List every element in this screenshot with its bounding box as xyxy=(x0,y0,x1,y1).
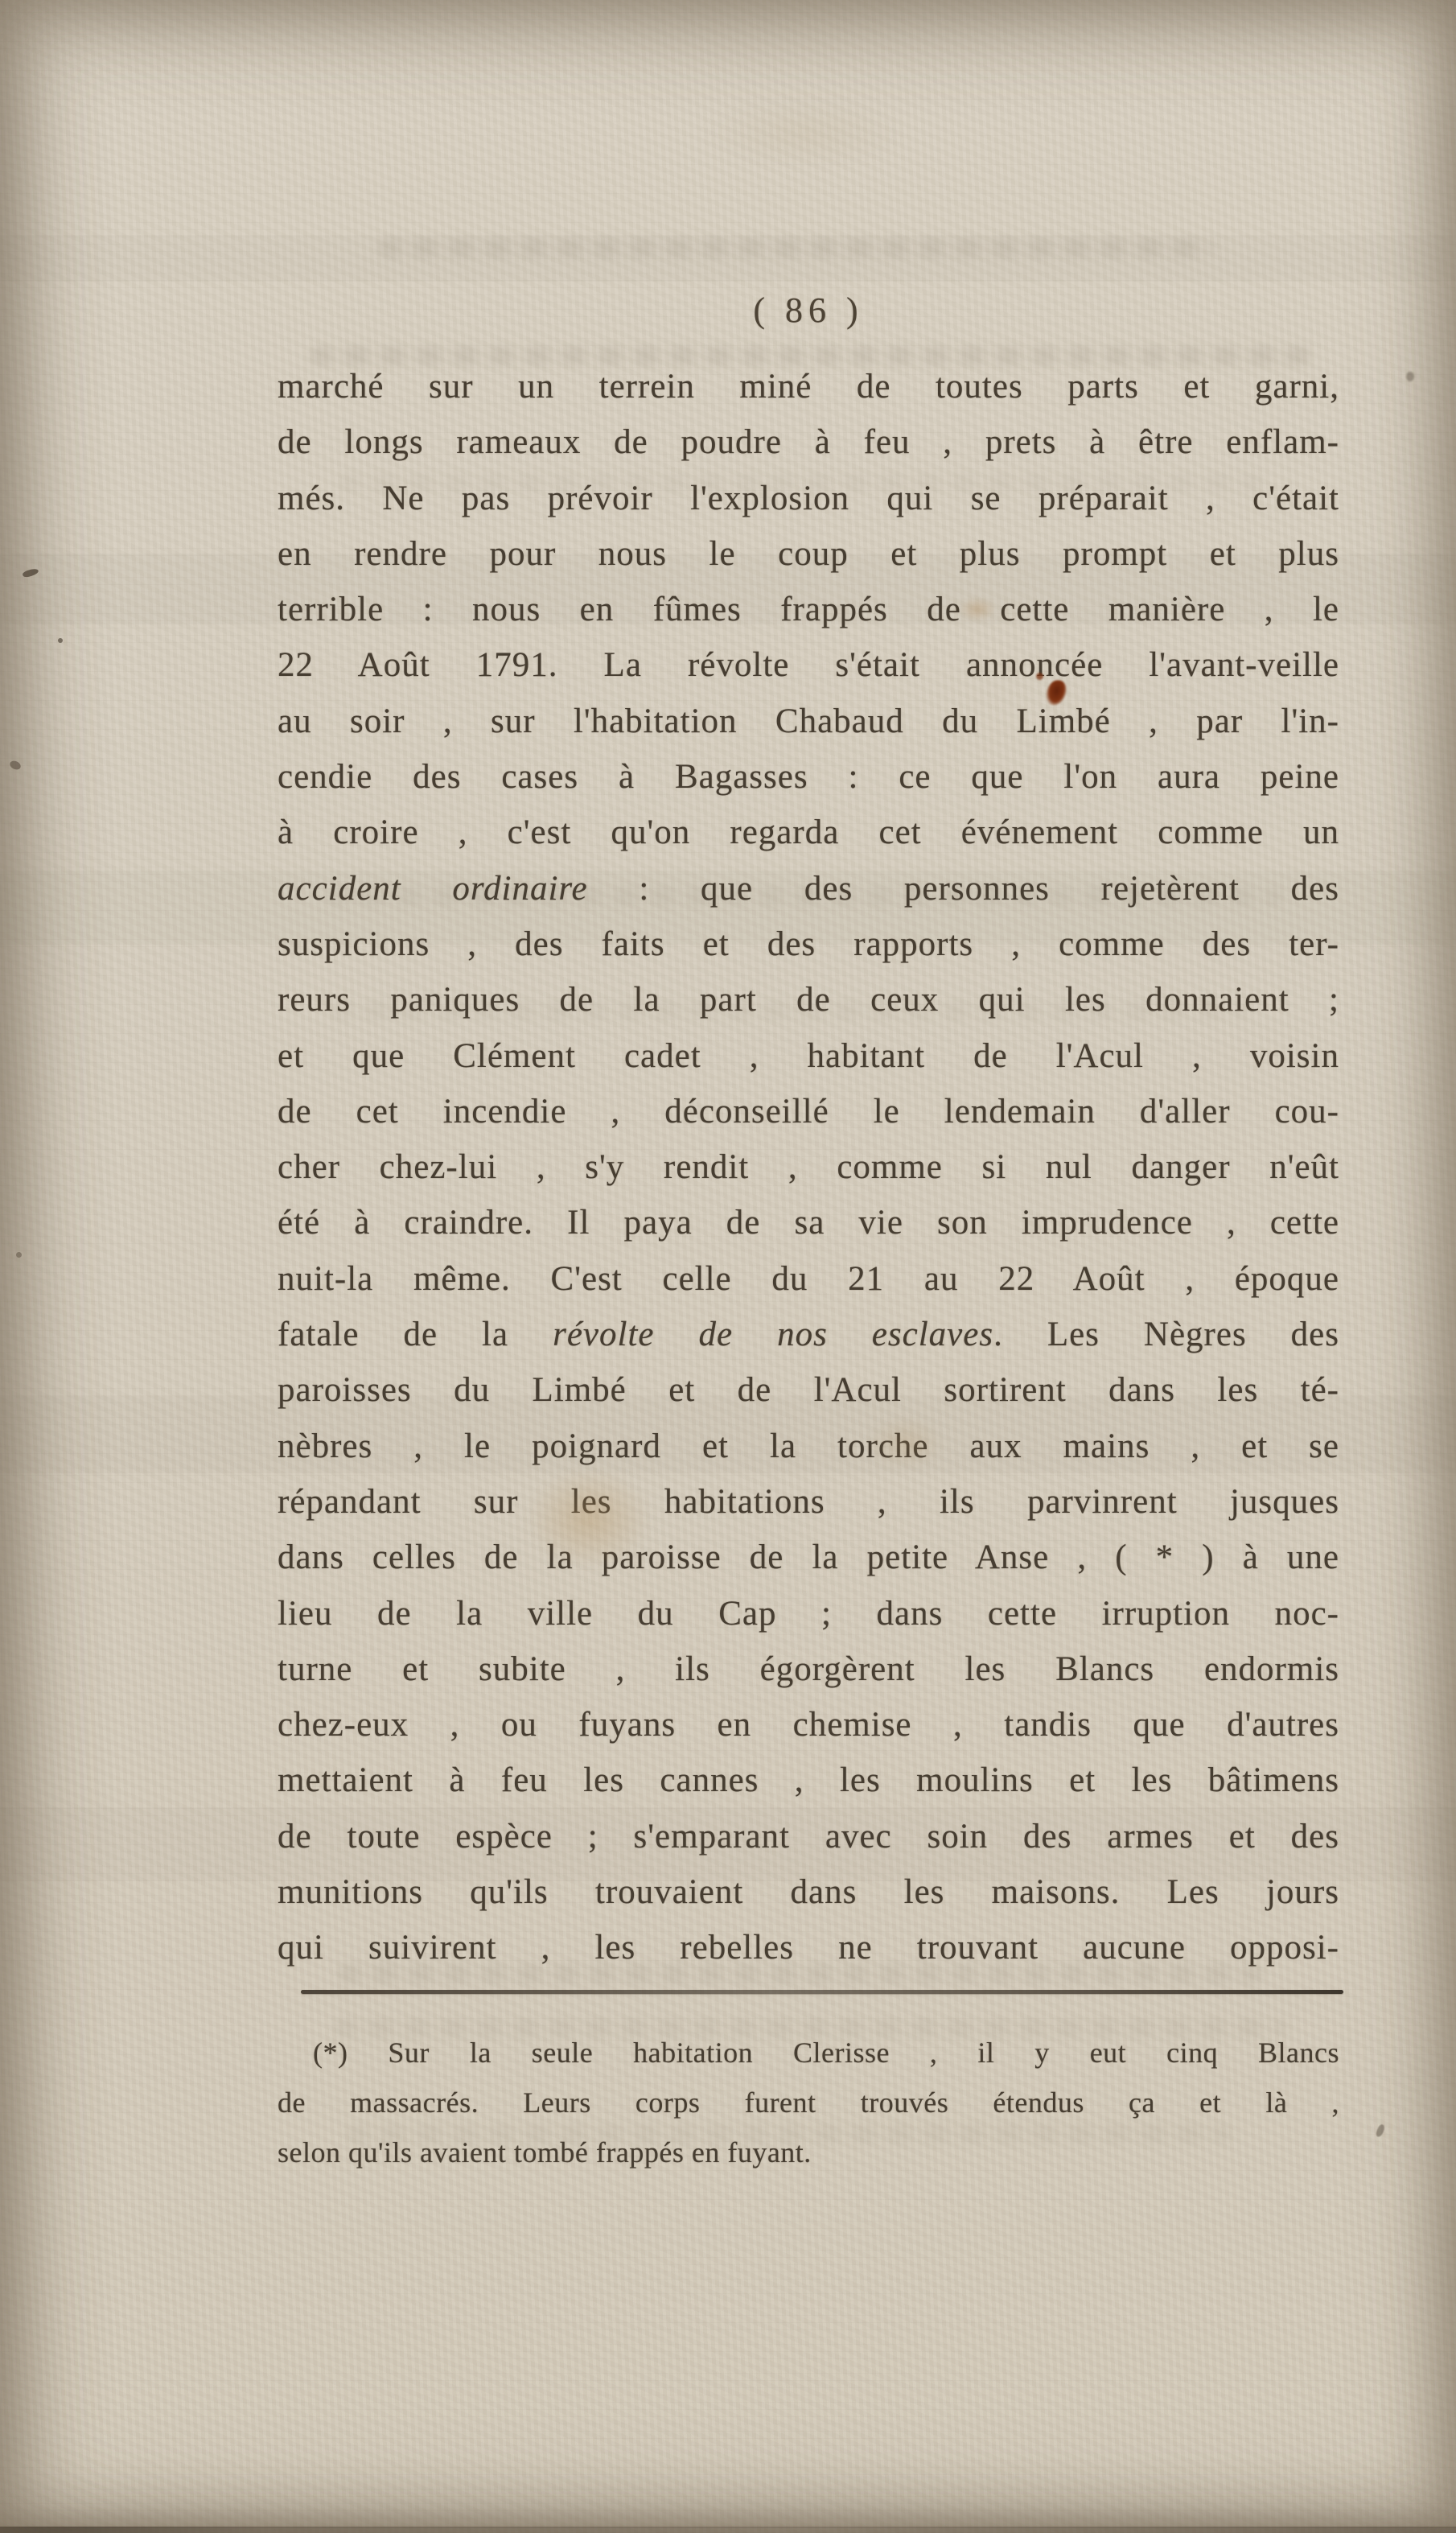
text-line: à croire , c'est qu'on regarda cet événe… xyxy=(278,805,1339,860)
text-line: et que Clément cadet , habitant de l'Acu… xyxy=(278,1028,1339,1084)
ink-speck xyxy=(9,760,23,772)
text-line: de cet incendie , déconseillé le lendema… xyxy=(278,1084,1339,1139)
text-line: été à craindre. Il paya de sa vie son im… xyxy=(278,1195,1339,1250)
text-segment: paroisses du Limbé et de l'Acul sortiren… xyxy=(278,1371,1339,1409)
text-line: mettaient à feu les cannes , les moulins… xyxy=(278,1753,1339,1808)
text-segment: cher chez-lui , s'y rendit , comme si nu… xyxy=(278,1148,1339,1186)
text-segment: et que Clément cadet , habitant de l'Acu… xyxy=(278,1037,1339,1075)
text-line: qui suivirent , les rebelles ne trouvant… xyxy=(278,1920,1339,1975)
ink-speck xyxy=(1376,2123,1386,2138)
show-through-smudge xyxy=(378,238,1215,257)
text-segment: en rendre pour nous le coup et plus prom… xyxy=(278,535,1339,573)
text-segment: lieu de la ville du Cap ; dans cette irr… xyxy=(278,1595,1339,1633)
text-segment: . Les Nègres des xyxy=(993,1316,1339,1353)
text-line: terrible : nous en fûmes frappés de cett… xyxy=(278,582,1339,637)
italic-text-segment: révolte de nos esclaves xyxy=(553,1316,993,1353)
text-segment: au soir , sur l'habitation Chabaud du Li… xyxy=(278,702,1339,740)
text-line: de longs rameaux de poudre à feu , prets… xyxy=(278,414,1339,470)
text-segment: nèbres , le poignard et la torche aux ma… xyxy=(278,1427,1339,1465)
page-number: ( 86 ) xyxy=(278,290,1339,331)
footnote: (*) Sur la seule habitation Clerisse , i… xyxy=(278,2028,1339,2177)
page-bottom-shadow xyxy=(0,2506,1456,2528)
text-line: paroisses du Limbé et de l'Acul sortiren… xyxy=(278,1362,1339,1418)
paper-stain xyxy=(700,97,909,169)
book-page-scan: ( 86 ) marché sur un terrein miné de tou… xyxy=(0,0,1456,2533)
text-line: (*) Sur la seule habitation Clerisse , i… xyxy=(278,2028,1339,2078)
text-line: de massacrés. Leurs corps furent trouvés… xyxy=(278,2078,1339,2127)
text-line: nèbres , le poignard et la torche aux ma… xyxy=(278,1419,1339,1474)
text-segment: mettaient à feu les cannes , les moulins… xyxy=(278,1761,1339,1799)
text-segment: dans celles de la paroisse de la petite … xyxy=(278,1538,1339,1576)
text-line: chez-eux , ou fuyans en chemise , tandis… xyxy=(278,1697,1339,1753)
text-line: selon qu'ils avaient tombé frappés en fu… xyxy=(278,2127,1339,2177)
text-line: més. Ne pas prévoir l'explosion qui se p… xyxy=(278,471,1339,526)
text-segment: fatale de la xyxy=(278,1316,553,1353)
text-segment: été à craindre. Il paya de sa vie son im… xyxy=(278,1204,1339,1242)
ink-speck xyxy=(16,1252,22,1258)
text-line: de toute espèce ; s'emparant avec soin d… xyxy=(278,1809,1339,1864)
text-segment: de toute espèce ; s'emparant avec soin d… xyxy=(278,1818,1339,1855)
body-text: marché sur un terrein miné de toutes par… xyxy=(278,359,1339,1976)
text-line: cendie des cases à Bagasses : ce que l'o… xyxy=(278,749,1339,805)
ink-speck xyxy=(58,638,63,643)
text-segment: terrible : nous en fûmes frappés de cett… xyxy=(278,591,1339,628)
text-segment: més. Ne pas prévoir l'explosion qui se p… xyxy=(278,480,1339,517)
text-line: reurs paniques de la part de ceux qui le… xyxy=(278,972,1339,1028)
text-segment: marché sur un terrein miné de toutes par… xyxy=(278,368,1339,406)
text-segment: 22 Août 1791. La révolte s'était annoncé… xyxy=(278,646,1339,684)
text-segment: de longs rameaux de poudre à feu , prets… xyxy=(278,423,1339,461)
text-segment: qui suivirent , les rebelles ne trouvant… xyxy=(278,1929,1339,1967)
text-segment: à croire , c'est qu'on regarda cet événe… xyxy=(278,813,1339,851)
text-segment: munitions qu'ils trouvaient dans les mai… xyxy=(278,1873,1339,1911)
text-segment: répandant sur les habitations , ils parv… xyxy=(278,1483,1339,1521)
text-segment: chez-eux , ou fuyans en chemise , tandis… xyxy=(278,1706,1339,1744)
text-line: accident ordinaire : que des personnes r… xyxy=(278,861,1339,916)
text-line: au soir , sur l'habitation Chabaud du Li… xyxy=(278,694,1339,749)
page-bottom-edge xyxy=(0,2527,1456,2533)
text-line: munitions qu'ils trouvaient dans les mai… xyxy=(278,1864,1339,1920)
text-segment: (*) Sur la seule habitation Clerisse , i… xyxy=(313,2037,1339,2069)
text-line: 22 Août 1791. La révolte s'était annoncé… xyxy=(278,637,1339,693)
text-segment: suspicions , des faits et des rapports ,… xyxy=(278,925,1339,963)
text-segment: turne et subite , ils égorgèrent les Bla… xyxy=(278,1650,1339,1688)
text-line: marché sur un terrein miné de toutes par… xyxy=(278,359,1339,414)
ink-speck xyxy=(22,567,39,579)
text-segment: de massacrés. Leurs corps furent trouvés… xyxy=(278,2086,1339,2119)
text-line: dans celles de la paroisse de la petite … xyxy=(278,1530,1339,1585)
text-segment: : que des personnes rejetèrent des xyxy=(588,870,1339,908)
ink-speck xyxy=(1406,372,1414,381)
text-segment: reurs paniques de la part de ceux qui le… xyxy=(278,981,1339,1019)
italic-text-segment: accident ordinaire xyxy=(278,870,588,908)
text-line: cher chez-lui , s'y rendit , comme si nu… xyxy=(278,1139,1339,1195)
text-line: lieu de la ville du Cap ; dans cette irr… xyxy=(278,1586,1339,1641)
text-line: répandant sur les habitations , ils parv… xyxy=(278,1474,1339,1530)
text-segment: cendie des cases à Bagasses : ce que l'o… xyxy=(278,758,1339,796)
text-line: nuit-la même. C'est celle du 21 au 22 Ao… xyxy=(278,1251,1339,1307)
text-segment: nuit-la même. C'est celle du 21 au 22 Ao… xyxy=(278,1260,1339,1298)
text-segment: de cet incendie , déconseillé le lendema… xyxy=(278,1093,1339,1131)
paper-tonal-band xyxy=(0,235,1456,282)
text-segment: selon qu'ils avaient tombé frappés en fu… xyxy=(278,2136,812,2168)
text-line: turne et subite , ils égorgèrent les Bla… xyxy=(278,1641,1339,1697)
text-line: en rendre pour nous le coup et plus prom… xyxy=(278,526,1339,582)
footnote-separator-rule xyxy=(301,1990,1343,1994)
text-line: fatale de la révolte de nos esclaves. Le… xyxy=(278,1307,1339,1362)
text-line: suspicions , des faits et des rapports ,… xyxy=(278,916,1339,972)
